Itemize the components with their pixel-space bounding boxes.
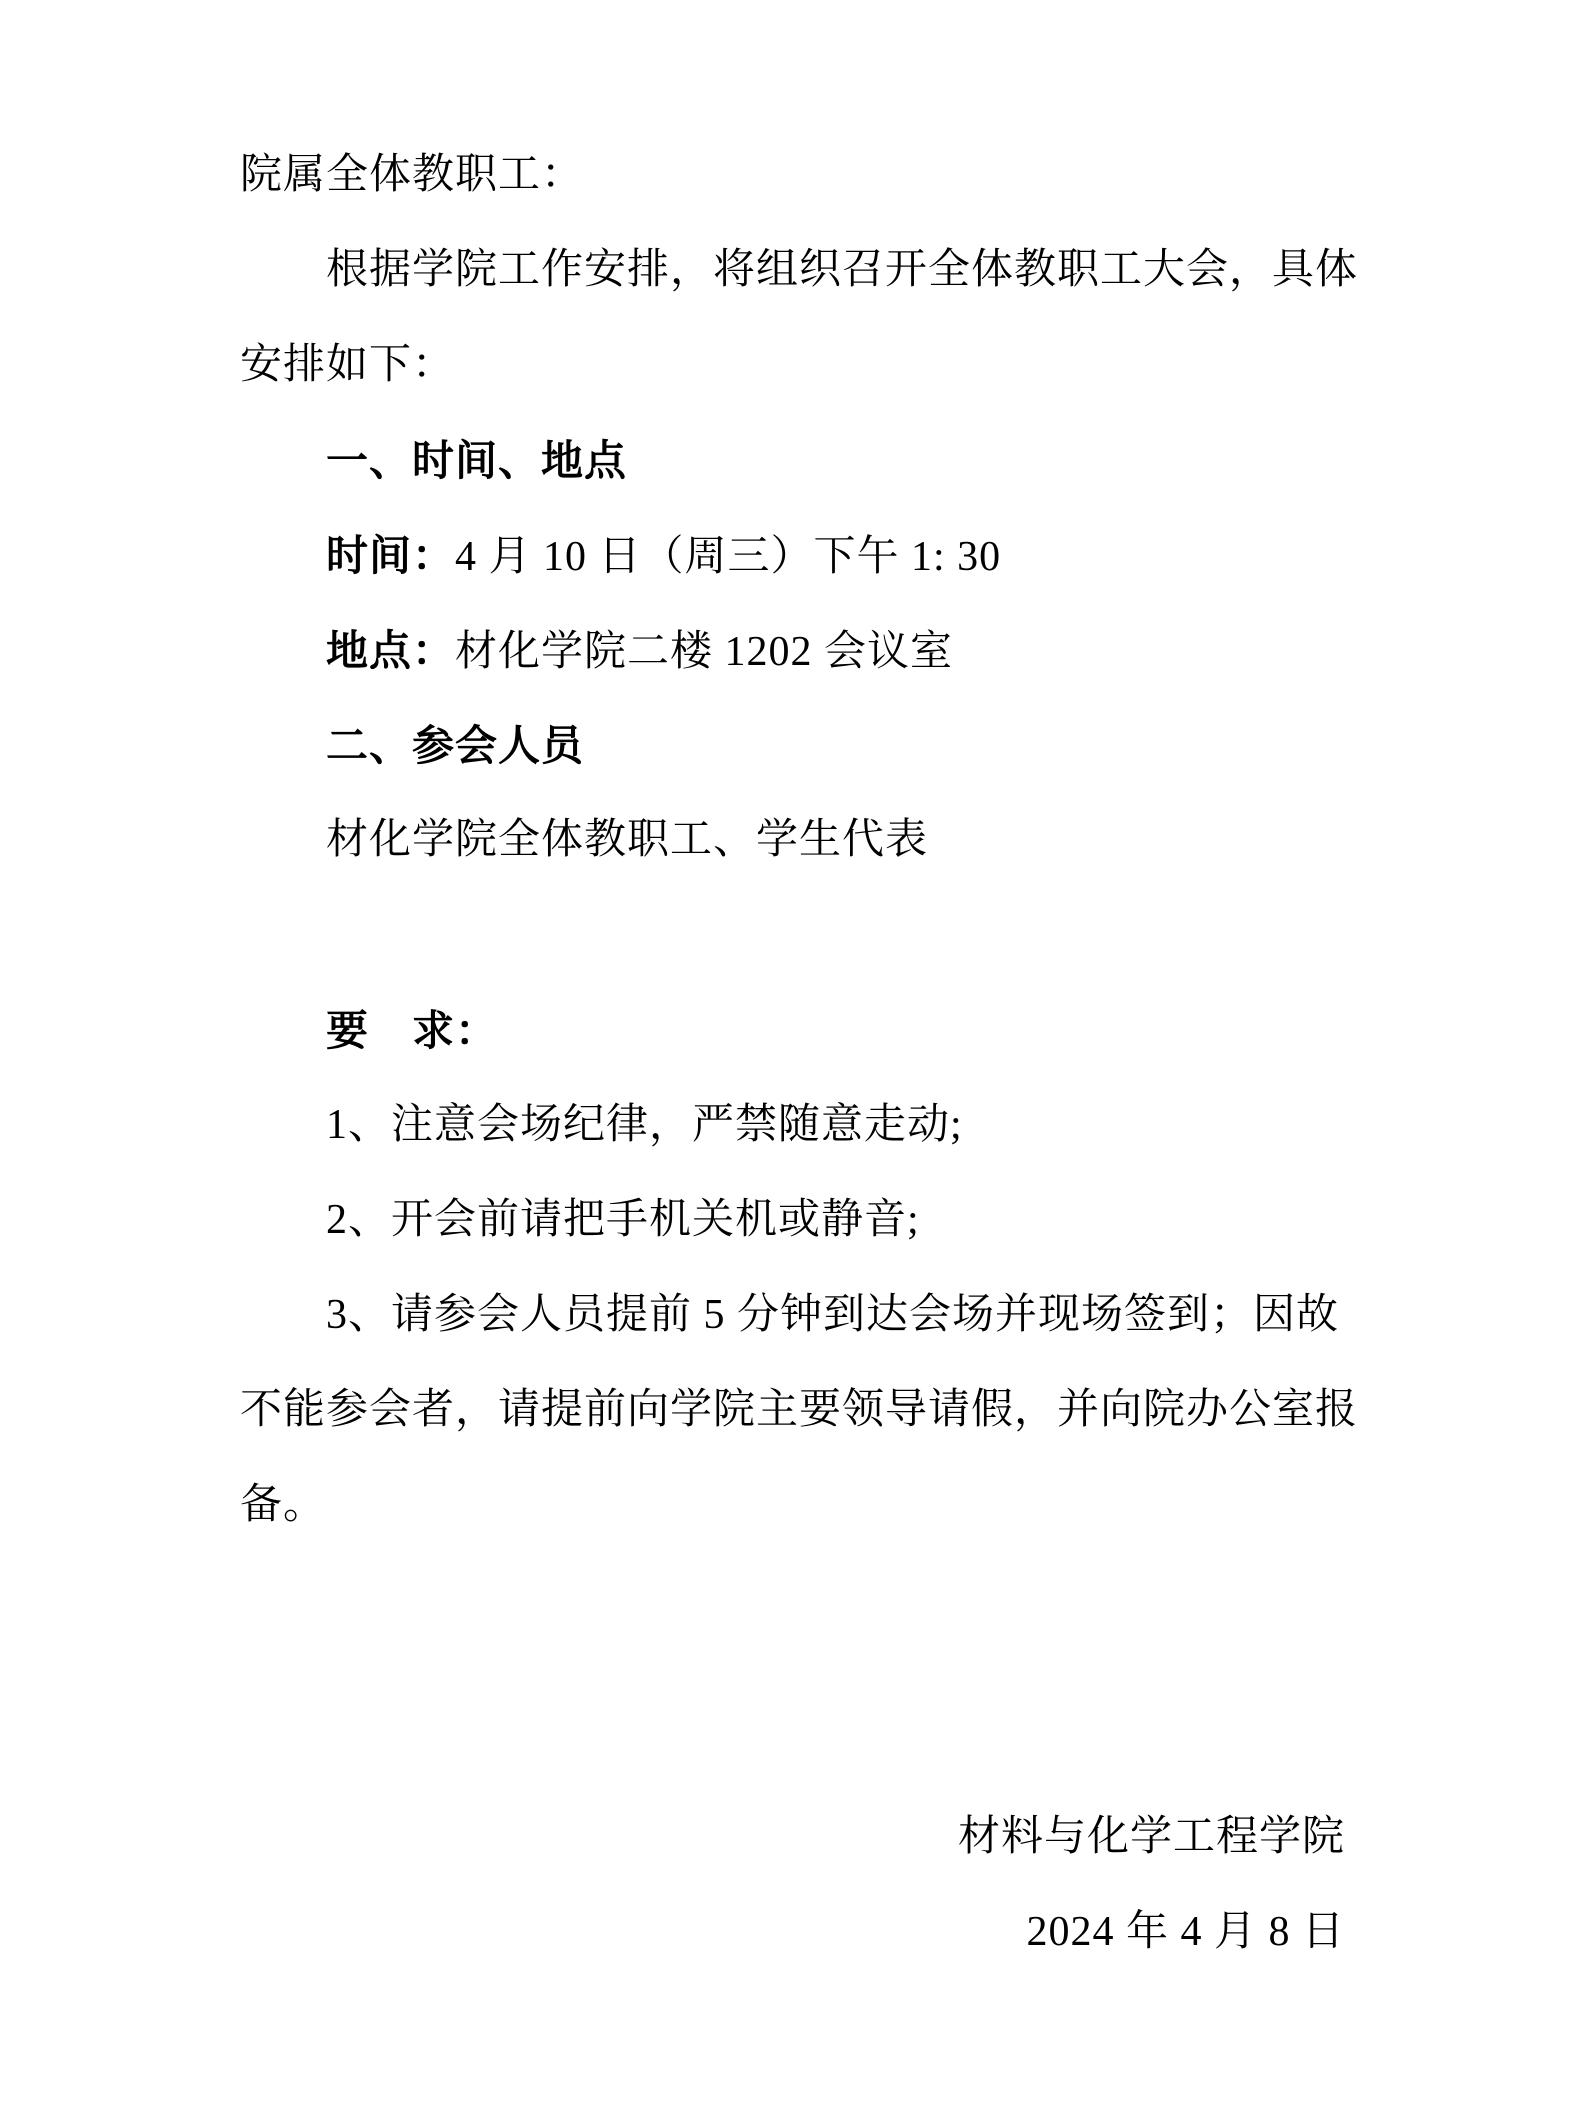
date: 2024 年 4 月 8 日 [240,1885,1345,1980]
time-line: 时间：4 月 10 日（周三）下午 1: 30 [240,508,1345,603]
signature: 材料与化学工程学院 [240,1790,1345,1885]
requirement-item-2: 2、开会前请把手机关机或静音; [240,1173,1345,1268]
blank-line [240,888,1345,983]
time-label: 时间： [326,532,455,579]
section-heading-time-place: 一、时间、地点 [240,413,1345,508]
place-label: 地点： [326,627,455,674]
section-heading-attendees: 二、参会人员 [240,698,1345,793]
requirement-item-3-line-1: 3、请参会人员提前 5 分钟到达会场并现场签到；因故 [240,1268,1345,1363]
attendees-value: 材化学院全体教职工、学生代表 [240,793,1345,888]
footer-spacer [240,1553,1345,1790]
requirement-item-3-line-3: 备。 [240,1458,1345,1553]
requirement-item-1: 1、注意会场纪律，严禁随意走动; [240,1078,1345,1173]
intro-line-2: 安排如下： [240,318,1345,413]
requirement-item-3-line-2: 不能参会者，请提前向学院主要领导请假，并向院办公室报 [240,1363,1345,1458]
salutation: 院属全体教职工： [240,128,1345,223]
requirements-heading: 要 求： [240,983,1345,1078]
notice-document-page: 院属全体教职工： 根据学院工作安排，将组织召开全体教职工大会，具体 安排如下： … [0,0,1587,2113]
place-value: 材化学院二楼 1202 会议室 [455,629,953,675]
place-line: 地点：材化学院二楼 1202 会议室 [240,603,1345,698]
intro-line-1: 根据学院工作安排，将组织召开全体教职工大会，具体 [240,223,1345,318]
time-value: 4 月 10 日（周三）下午 1: 30 [455,534,1001,580]
